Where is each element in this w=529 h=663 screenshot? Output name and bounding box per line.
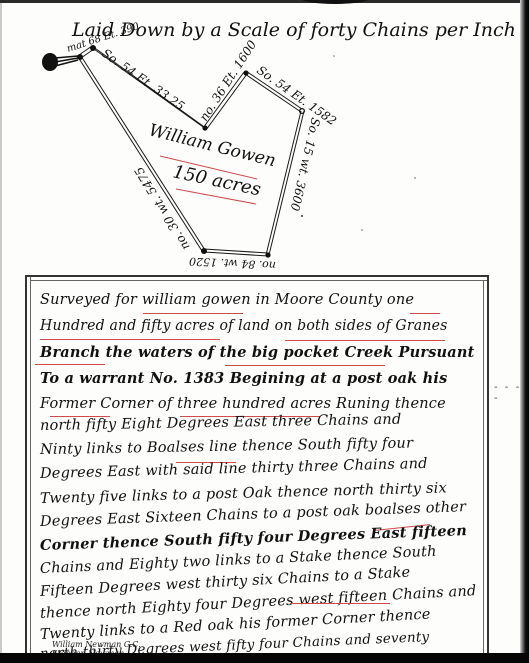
survey-line: To a warrant No. 1383 Begining at a post… [40,370,448,387]
survey-line: Former Corner of three hundred acres Run… [40,396,446,412]
red-underline [35,364,105,365]
survey-line: Branch the waters of the big pocket Cree… [40,344,475,361]
red-underline [410,313,440,314]
red-underline [290,603,390,604]
page-right-edge [520,0,529,663]
survey-line: Hundred and fifty acres of land on both … [40,318,448,334]
call-label: So. 54 Et. 33.25 [99,46,187,113]
tree-icon [42,53,78,71]
red-underline [143,313,243,314]
page-bottom-edge [0,653,529,663]
plat-diagram: Laid Down by a Scale of forty Chains per… [0,0,529,270]
survey-line: Surveyed for william gowen in Moore Coun… [40,292,414,308]
red-underline [40,339,220,340]
chain-carrier-suffix: C.C. [124,640,141,649]
call-label: So. 15 wt. 3600 [288,116,323,212]
call-label: So. 54 Et. 1582 [254,63,339,128]
plat-drawing: Laid Down by a Scale of forty Chains per… [0,0,529,270]
red-underline [285,340,445,341]
document-page: Laid Down by a Scale of forty Chains per… [0,0,529,663]
call-label: no. 84 wt. 1520 [189,254,276,270]
owner-label: William Gowen [147,120,278,171]
acreage-label: 150 acres [171,161,263,200]
call-label: no. 36 Et. 1600 [197,38,260,124]
chain-carrier-1: William Newman [52,640,121,649]
red-underline [225,365,385,366]
